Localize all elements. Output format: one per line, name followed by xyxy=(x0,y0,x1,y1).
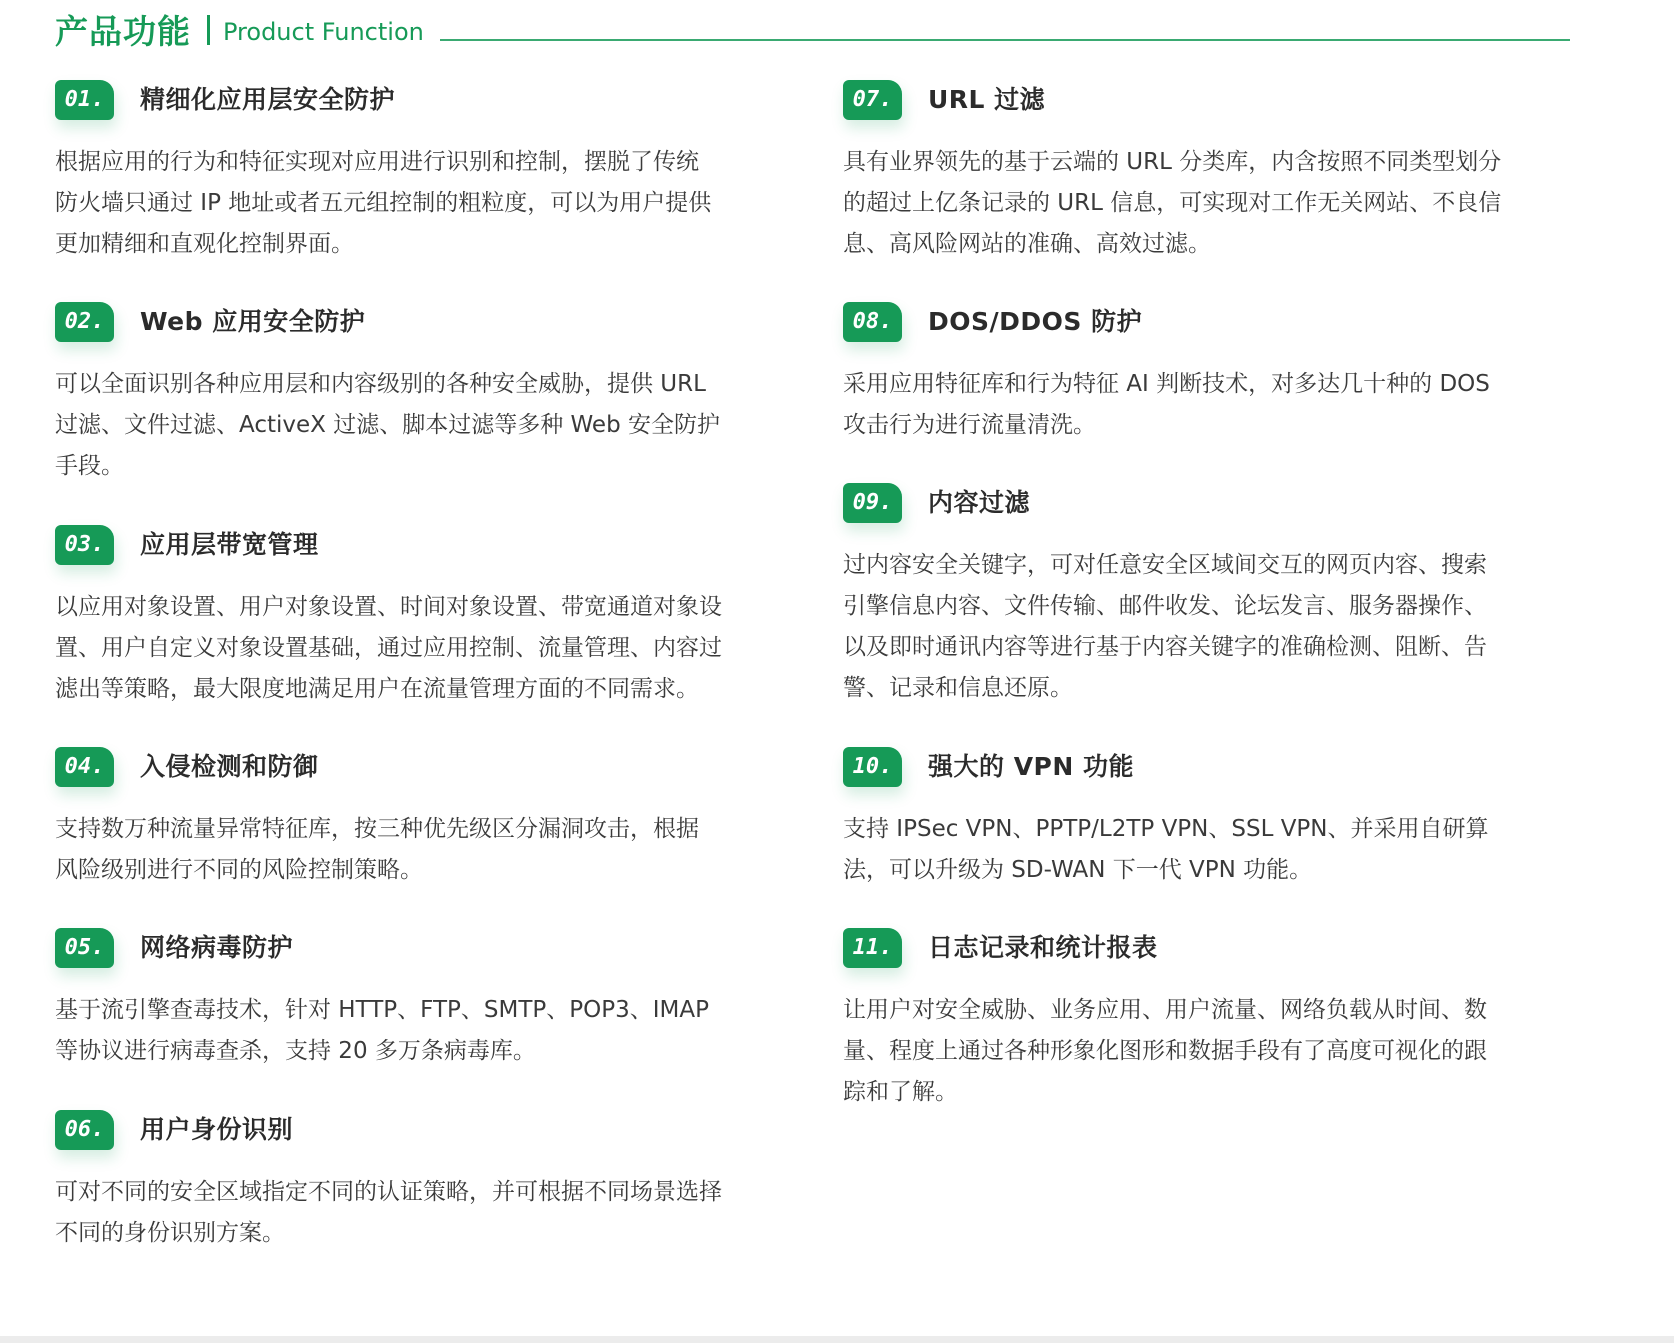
feature-item-07: 07. URL 过滤 具有业界领先的基于云端的 URL 分类库，内含按照不同类型… xyxy=(843,80,1613,265)
feature-number-badge: 02. xyxy=(55,302,114,342)
feature-description: 采用应用特征库和行为特征 AI 判断技术，对多达几十种的 DOS 攻击行为进行流… xyxy=(843,364,1583,446)
feature-item-01: 01. 精细化应用层安全防护 根据应用的行为和特征实现对应用进行识别和控制，摆脱… xyxy=(55,80,825,265)
feature-number-badge: 09. xyxy=(843,483,902,523)
feature-item-10: 10. 强大的 VPN 功能 支持 IPSec VPN、PPTP/L2TP VP… xyxy=(843,747,1613,891)
description-line: 更加精细和直观化控制界面。 xyxy=(55,224,795,265)
description-line: 根据应用的行为和特征实现对应用进行识别和控制，摆脱了传统 xyxy=(55,142,795,183)
feature-number-badge: 01. xyxy=(55,80,114,120)
feature-item-09: 09. 内容过滤 过内容安全关键字，可对任意安全区域间交互的网页内容、搜索 引擎… xyxy=(843,483,1613,709)
description-line: 过内容安全关键字，可对任意安全区域间交互的网页内容、搜索 xyxy=(843,545,1583,586)
description-line: 基于流引擎查毒技术，针对 HTTP、FTP、SMTP、POP3、IMAP xyxy=(55,990,795,1031)
feature-item-05: 05. 网络病毒防护 基于流引擎查毒技术，针对 HTTP、FTP、SMTP、PO… xyxy=(55,928,825,1072)
feature-description: 支持数万种流量异常特征库，按三种优先级区分漏洞攻击，根据 风险级别进行不同的风险… xyxy=(55,809,795,891)
feature-description: 支持 IPSec VPN、PPTP/L2TP VPN、SSL VPN、并采用自研… xyxy=(843,809,1583,891)
description-line: 不同的身份识别方案。 xyxy=(55,1213,795,1254)
feature-number-badge: 03. xyxy=(55,525,114,565)
feature-description: 可对不同的安全区域指定不同的认证策略，并可根据不同场景选择 不同的身份识别方案。 xyxy=(55,1172,795,1254)
description-line: 支持数万种流量异常特征库，按三种优先级区分漏洞攻击，根据 xyxy=(55,809,795,850)
description-line: 引擎信息内容、文件传输、邮件收发、论坛发言、服务器操作、 xyxy=(843,586,1583,627)
description-line: 法，可以升级为 SD-WAN 下一代 VPN 功能。 xyxy=(843,850,1583,891)
feature-item-08: 08. DOS/DDOS 防护 采用应用特征库和行为特征 AI 判断技术，对多达… xyxy=(843,302,1613,446)
description-line: 攻击行为进行流量清洗。 xyxy=(843,405,1583,446)
section-header: 产品功能 Product Function xyxy=(55,4,1565,54)
feature-item-02: 02. Web 应用安全防护 可以全面识别各种应用层和内容级别的各种安全威胁，提… xyxy=(55,302,825,487)
feature-description: 根据应用的行为和特征实现对应用进行识别和控制，摆脱了传统 防火墙只通过 IP 地… xyxy=(55,142,795,265)
title-separator xyxy=(207,15,210,45)
feature-number-badge: 10. xyxy=(843,747,902,787)
feature-number-badge: 06. xyxy=(55,1110,114,1150)
description-line: 可对不同的安全区域指定不同的认证策略，并可根据不同场景选择 xyxy=(55,1172,795,1213)
section-title-en: Product Function xyxy=(223,18,424,46)
description-line: 以及即时通讯内容等进行基于内容关键字的准确检测、阻断、告 xyxy=(843,627,1583,668)
description-line: 可以全面识别各种应用层和内容级别的各种安全威胁，提供 URL xyxy=(55,364,795,405)
description-line: 量、程度上通过各种形象化图形和数据手段有了高度可视化的跟 xyxy=(843,1031,1583,1072)
feature-number-badge: 05. xyxy=(55,928,114,968)
description-line: 滤出等策略，最大限度地满足用户在流量管理方面的不同需求。 xyxy=(55,669,795,710)
description-line: 警、记录和信息还原。 xyxy=(843,668,1583,709)
feature-description: 可以全面识别各种应用层和内容级别的各种安全威胁，提供 URL 过滤、文件过滤、A… xyxy=(55,364,795,487)
bottom-divider-strip xyxy=(0,1336,1674,1343)
feature-title: 应用层带宽管理 xyxy=(140,527,319,563)
description-line: 手段。 xyxy=(55,446,795,487)
description-line: 等协议进行病毒查杀，支持 20 多万条病毒库。 xyxy=(55,1031,795,1072)
feature-title: 内容过滤 xyxy=(928,485,1030,521)
feature-number-badge: 07. xyxy=(843,80,902,120)
feature-description: 具有业界领先的基于云端的 URL 分类库，内含按照不同类型划分 的超过上亿条记录… xyxy=(843,142,1583,265)
section-title-cn: 产品功能 xyxy=(55,6,191,53)
feature-title: DOS/DDOS 防护 xyxy=(928,304,1142,340)
feature-number-badge: 11. xyxy=(843,928,902,968)
feature-title: URL 过滤 xyxy=(928,82,1045,118)
feature-number-badge: 04. xyxy=(55,747,114,787)
header-divider-line xyxy=(440,39,1570,41)
description-line: 风险级别进行不同的风险控制策略。 xyxy=(55,850,795,891)
feature-title: 精细化应用层安全防护 xyxy=(140,82,395,118)
description-line: 具有业界领先的基于云端的 URL 分类库，内含按照不同类型划分 xyxy=(843,142,1583,183)
description-line: 息、高风险网站的准确、高效过滤。 xyxy=(843,224,1583,265)
feature-title: 入侵检测和防御 xyxy=(140,749,319,785)
feature-item-03: 03. 应用层带宽管理 以应用对象设置、用户对象设置、时间对象设置、带宽通道对象… xyxy=(55,525,825,710)
description-line: 过滤、文件过滤、ActiveX 过滤、脚本过滤等多种 Web 安全防护 xyxy=(55,405,795,446)
feature-item-11: 11. 日志记录和统计报表 让用户对安全威胁、业务应用、用户流量、网络负载从时间… xyxy=(843,928,1613,1113)
feature-description: 让用户对安全威胁、业务应用、用户流量、网络负载从时间、数 量、程度上通过各种形象… xyxy=(843,990,1583,1113)
description-line: 让用户对安全威胁、业务应用、用户流量、网络负载从时间、数 xyxy=(843,990,1583,1031)
feature-title: 用户身份识别 xyxy=(140,1112,293,1148)
feature-item-04: 04. 入侵检测和防御 支持数万种流量异常特征库，按三种优先级区分漏洞攻击，根据… xyxy=(55,747,825,891)
feature-title: Web 应用安全防护 xyxy=(140,304,365,340)
feature-description: 以应用对象设置、用户对象设置、时间对象设置、带宽通道对象设 置、用户自定义对象设… xyxy=(55,587,795,710)
feature-description: 过内容安全关键字，可对任意安全区域间交互的网页内容、搜索 引擎信息内容、文件传输… xyxy=(843,545,1583,709)
description-line: 采用应用特征库和行为特征 AI 判断技术，对多达几十种的 DOS xyxy=(843,364,1583,405)
description-line: 踪和了解。 xyxy=(843,1072,1583,1113)
description-line: 支持 IPSec VPN、PPTP/L2TP VPN、SSL VPN、并采用自研… xyxy=(843,809,1583,850)
description-line: 置、用户自定义对象设置基础，通过应用控制、流量管理、内容过 xyxy=(55,628,795,669)
feature-title: 强大的 VPN 功能 xyxy=(928,749,1134,785)
feature-title: 日志记录和统计报表 xyxy=(928,930,1158,966)
description-line: 以应用对象设置、用户对象设置、时间对象设置、带宽通道对象设 xyxy=(55,587,795,628)
feature-item-06: 06. 用户身份识别 可对不同的安全区域指定不同的认证策略，并可根据不同场景选择… xyxy=(55,1110,825,1254)
feature-title: 网络病毒防护 xyxy=(140,930,293,966)
feature-description: 基于流引擎查毒技术，针对 HTTP、FTP、SMTP、POP3、IMAP 等协议… xyxy=(55,990,795,1072)
description-line: 的超过上亿条记录的 URL 信息，可实现对工作无关网站、不良信 xyxy=(843,183,1583,224)
description-line: 防火墙只通过 IP 地址或者五元组控制的粗粒度，可以为用户提供 xyxy=(55,183,795,224)
feature-number-badge: 08. xyxy=(843,302,902,342)
